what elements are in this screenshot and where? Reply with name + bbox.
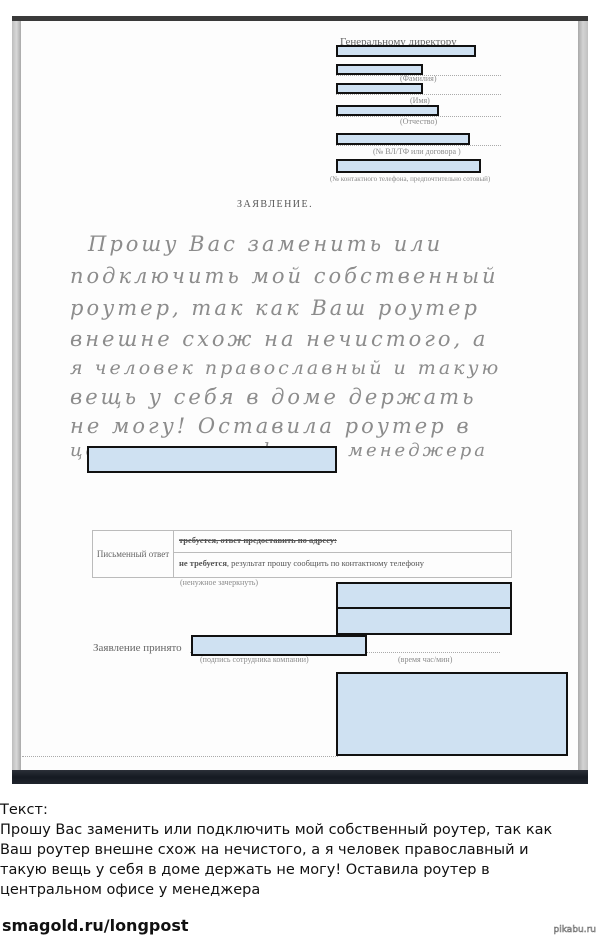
bottom-line [22,756,338,757]
redaction-director [336,45,476,57]
redaction-box-upper [336,582,512,609]
handwritten-line: не могу! Оставила роутер в [70,414,472,438]
strike-note: (ненужное зачеркнуть) [180,578,258,587]
handwritten-line: Прошу Вас заменить или [88,232,443,256]
name-caption: (Имя) [410,96,430,105]
answer-option-not-required: не требуется, результат прошу сообщить п… [174,554,511,577]
redaction-phone [336,159,481,173]
scan-top-edge [12,16,588,21]
surname-caption: (Фамилия) [400,74,437,83]
answer-option-required-text: требуется, ответ предоставить по адресу: [179,535,337,545]
time-caption: (время час/мин) [398,655,452,664]
answer-option-not-required-bold: не требуется [179,558,227,568]
contract-line [336,145,501,146]
accepted-label: Заявление принято [93,642,182,654]
written-answer-table: Письменный ответ требуется, ответ предос… [92,530,512,578]
transcript-label: Текст: [0,800,600,820]
pikabu-watermark: pikabu.ru [554,925,596,935]
document-title: ЗАЯВЛЕНИЕ. [237,199,313,210]
source-link[interactable]: smagold.ru/longpost [2,916,189,935]
redaction-contract [336,133,470,145]
transcript-body: Прошу Вас заменить или подключить мой со… [0,820,600,900]
handwritten-line: внешне схож на нечистого, а [70,327,488,351]
handwritten-line: подключить мой собственный [70,264,499,288]
employee-caption: (подпись сотрудника компании) [200,655,309,664]
redaction-signature [87,446,337,473]
answer-option-not-required-rest: , результат прошу сообщить по контактном… [227,558,424,568]
patronymic-caption: (Отчество) [400,117,437,126]
scan-left-edge [12,21,21,771]
answer-option-required: требуется, ответ предоставить по адресу: [174,531,511,553]
scan-right-edge [578,21,588,771]
transcript: Текст: Прошу Вас заменить или подключить… [0,800,600,900]
handwritten-line: вещь у себя в доме держать [70,385,477,409]
redaction-name [336,83,423,94]
scan-bottom-edge [12,770,588,784]
redaction-box-bottom [336,672,568,756]
written-answer-label: Письменный ответ [93,531,174,577]
redaction-patronymic [336,105,439,116]
redaction-box-lower [336,607,512,635]
handwritten-line: роутер, так как Ваш роутер [70,296,480,320]
handwritten-line: я человек православный и такую [70,357,501,379]
contract-caption: (№ ВЛ/ТФ или договора ) [373,147,461,156]
redaction-employee [191,635,367,656]
name-line [336,94,501,95]
phone-caption: (№ контактного телефона, предпочтительно… [330,175,490,183]
